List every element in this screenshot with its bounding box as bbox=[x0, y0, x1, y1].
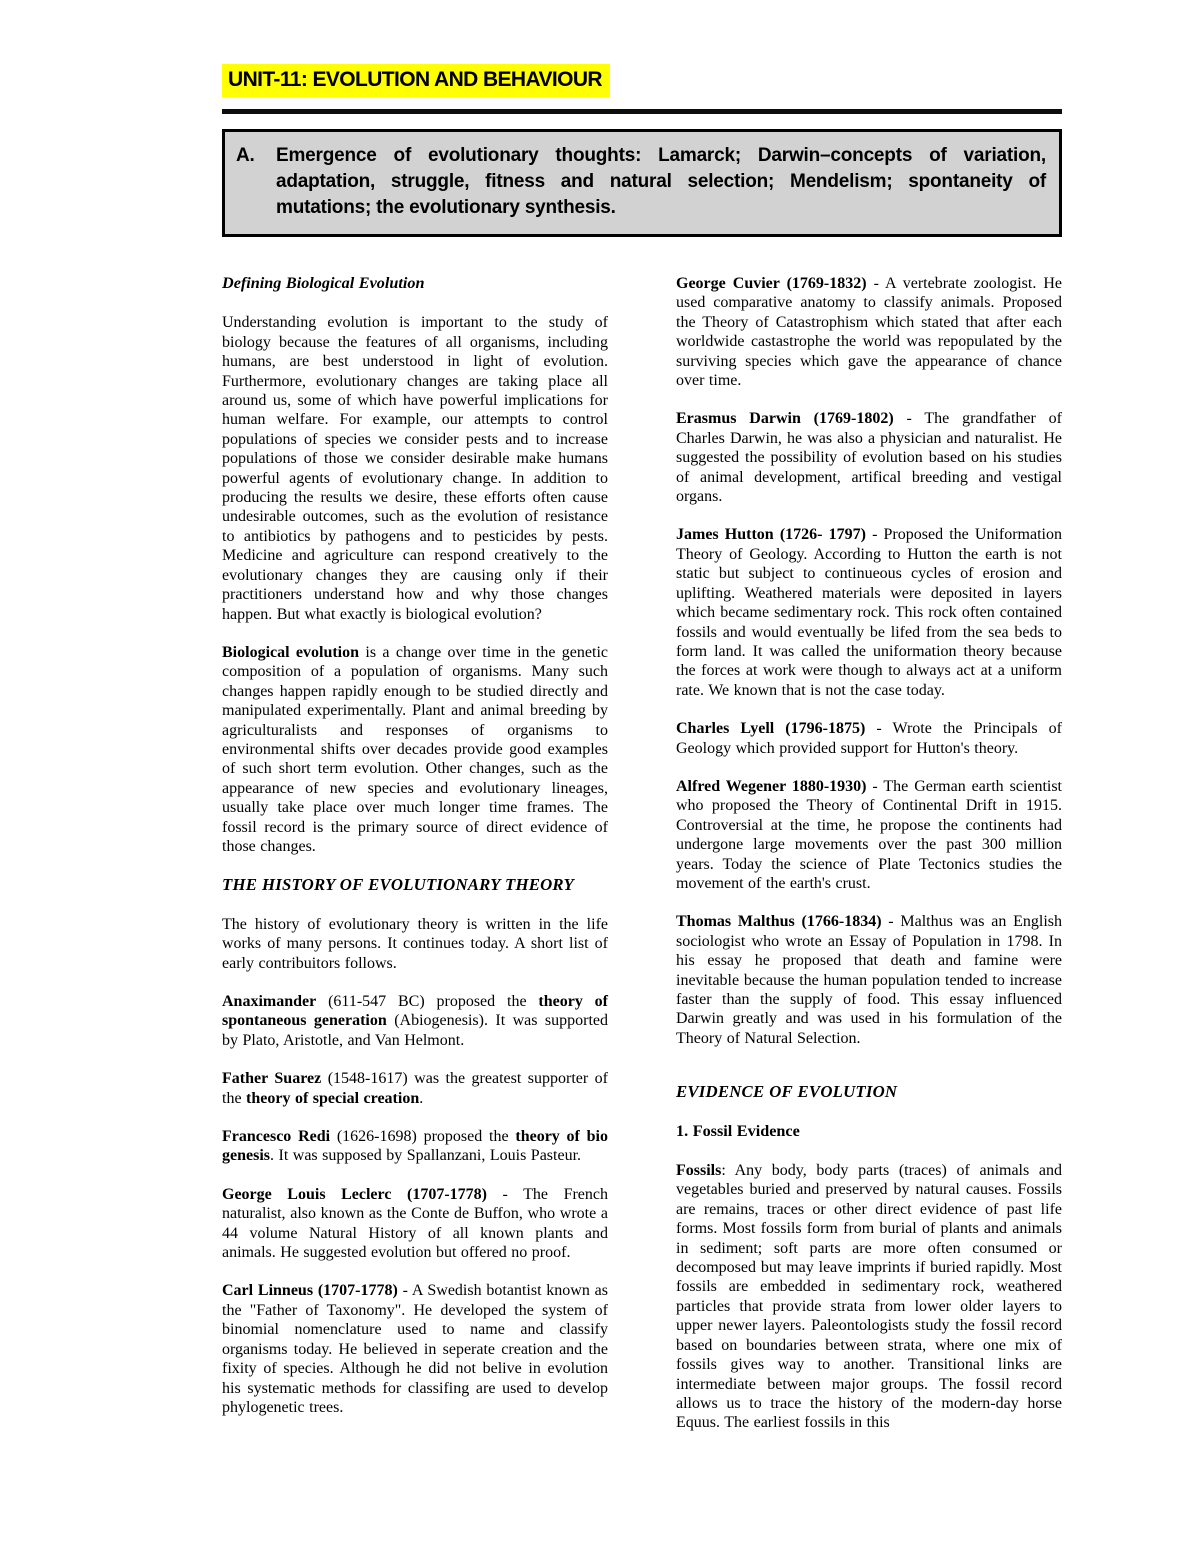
document-page: UNIT-11: EVOLUTION AND BEHAVIOUR A.Emerg… bbox=[0, 0, 1200, 1553]
syllabus-box: A.Emergence of evolutionary thoughts: La… bbox=[222, 129, 1062, 237]
header-rule bbox=[222, 109, 1062, 114]
paragraph-erasmus-darwin: Erasmus Darwin (1769-1802) - The grandfa… bbox=[676, 409, 1062, 506]
paragraph-biological-evolution: Biological evolution is a change over ti… bbox=[222, 643, 608, 856]
paragraph-james-hutton: James Hutton (1726- 1797) - Proposed the… bbox=[676, 525, 1062, 700]
term-alfred-wegener: Alfred Wegener 1880-1930) bbox=[676, 778, 867, 795]
term-biological-evolution: Biological evolution bbox=[222, 644, 359, 661]
paragraph-intro-text: Understanding evolution is important to … bbox=[222, 314, 608, 622]
term-erasmus-darwin: Erasmus Darwin (1769-1802) bbox=[676, 410, 894, 427]
paragraph-fossils: Fossils: Any body, body parts (traces) o… bbox=[676, 1161, 1062, 1433]
term-carl-linneus: Carl Linneus (1707-1778) bbox=[222, 1282, 398, 1299]
heading-fossil-evidence: 1. Fossil Evidence bbox=[676, 1122, 1062, 1141]
heading-evidence-of-evolution: EVIDENCE OF EVOLUTION bbox=[676, 1082, 1062, 1101]
term-fossils: Fossils bbox=[676, 1162, 721, 1179]
term-thomas-malthus: Thomas Malthus (1766-1834) bbox=[676, 913, 882, 930]
unit-title: UNIT-11: EVOLUTION AND BEHAVIOUR bbox=[222, 64, 610, 97]
paragraph-george-cuvier: George Cuvier (1769-1832) - A vertebrate… bbox=[676, 274, 1062, 390]
heading-history-of-evolutionary-theory: THE HISTORY OF EVOLUTIONARY THEORY bbox=[222, 875, 608, 894]
paragraph-anaximander: Anaximander (611-547 BC) proposed the th… bbox=[222, 992, 608, 1050]
term-anaximander: Anaximander bbox=[222, 993, 316, 1010]
syllabus-text: Emergence of evolutionary thoughts: Lama… bbox=[276, 143, 1046, 221]
right-column: George Cuvier (1769-1832) - A vertebrate… bbox=[676, 274, 1062, 1452]
term-george-louis-leclerc: George Louis Leclerc (1707-1778) bbox=[222, 1186, 487, 1203]
term-special-creation: theory of special creation bbox=[246, 1090, 419, 1107]
columns: Defining Biological Evolution Understand… bbox=[222, 274, 1062, 1452]
heading-defining-biological-evolution: Defining Biological Evolution bbox=[222, 274, 608, 293]
paragraph-alfred-wegener: Alfred Wegener 1880-1930) - The German e… bbox=[676, 777, 1062, 893]
paragraph-george-louis-leclerc: George Louis Leclerc (1707-1778) - The F… bbox=[222, 1185, 608, 1263]
paragraph-carl-linneus: Carl Linneus (1707-1778) - A Swedish bot… bbox=[222, 1281, 608, 1417]
term-father-suarez: Father Suarez bbox=[222, 1070, 321, 1087]
term-george-cuvier: George Cuvier (1769-1832) bbox=[676, 275, 867, 292]
paragraph-francesco-redi: Francesco Redi (1626-1698) proposed the … bbox=[222, 1127, 608, 1166]
paragraph-intro: Understanding evolution is important to … bbox=[222, 313, 608, 624]
page-content: UNIT-11: EVOLUTION AND BEHAVIOUR A.Emerg… bbox=[222, 64, 1062, 1452]
paragraph-charles-lyell: Charles Lyell (1796-1875) - Wrote the Pr… bbox=[676, 719, 1062, 758]
term-james-hutton: James Hutton (1726- 1797) bbox=[676, 526, 866, 543]
paragraph-history: The history of evolutionary theory is wr… bbox=[222, 915, 608, 973]
left-column: Defining Biological Evolution Understand… bbox=[222, 274, 608, 1452]
paragraph-thomas-malthus: Thomas Malthus (1766-1834) - Malthus was… bbox=[676, 912, 1062, 1048]
term-francesco-redi: Francesco Redi bbox=[222, 1128, 330, 1145]
syllabus-label: A. bbox=[236, 143, 276, 221]
term-charles-lyell: Charles Lyell (1796-1875) bbox=[676, 720, 865, 737]
paragraph-father-suarez: Father Suarez (1548-1617) was the greate… bbox=[222, 1069, 608, 1108]
